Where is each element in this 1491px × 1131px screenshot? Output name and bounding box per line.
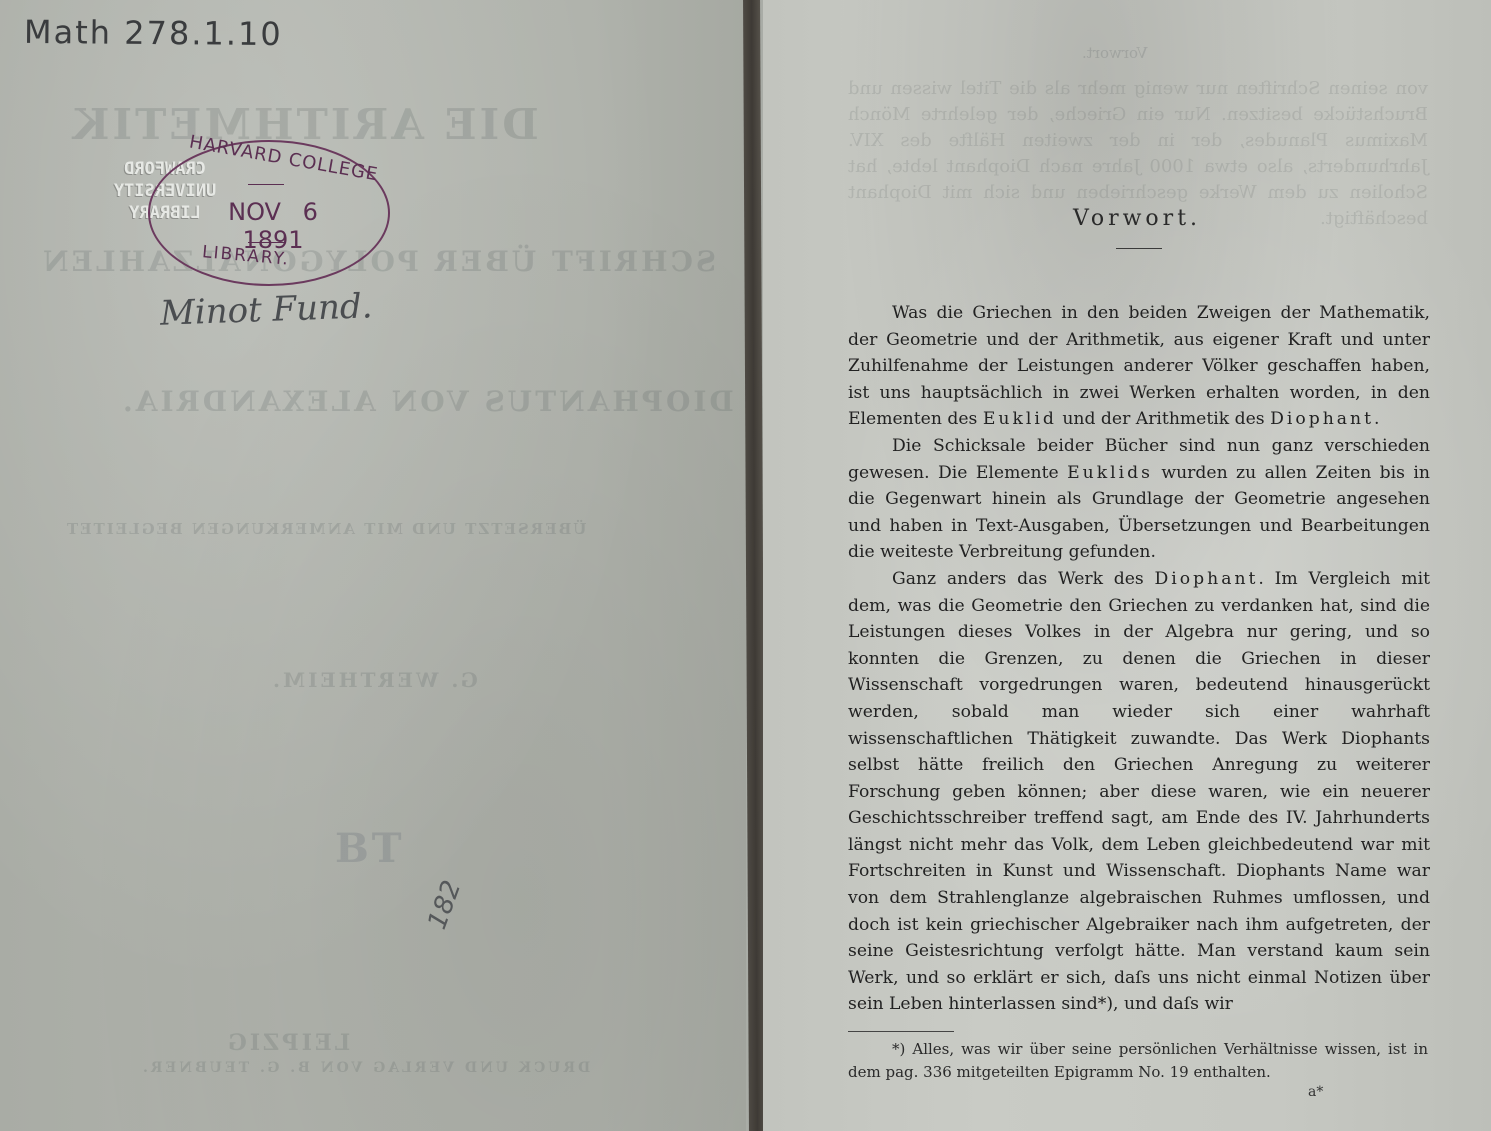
footnote-text: *) Alles, was wir über seine persönliche… <box>848 1038 1428 1084</box>
library-stamp: HARVARD COLLEGE NOV 6 1891 LIBRARY. <box>148 140 390 286</box>
paragraph: Was die Griechen in den beiden Zweigen d… <box>848 300 1430 433</box>
show-through-translator: G. WERTHEIM. <box>270 668 478 692</box>
stamp-rule <box>248 242 284 243</box>
page-heading: Vorwort. <box>763 206 1491 231</box>
pencil-number: 182 <box>422 877 467 934</box>
stamp-rule <box>248 184 284 185</box>
show-through-title: DIE ARITHMETIK <box>70 100 539 149</box>
preface-body: Was die Griechen in den beiden Zweigen d… <box>848 300 1430 1018</box>
paragraph: Ganz anders das Werk des Diophant. Im Ve… <box>848 566 1430 1018</box>
call-number: Math 278.1.10 <box>24 13 283 53</box>
show-through-author: DIOPHANTUS VON ALEXANDRIA. <box>120 385 734 418</box>
handwritten-note: Minot Fund. <box>159 286 373 333</box>
paragraph: Die Schicksale beider Bücher sind nun ga… <box>848 433 1430 566</box>
footnote-rule <box>848 1031 954 1032</box>
publisher-logo-icon: BT <box>335 825 405 872</box>
heading-rule <box>1116 248 1162 249</box>
show-through-running-head: Vorwort. <box>1082 44 1148 62</box>
show-through-city: LEIPZIG <box>225 1030 350 1056</box>
left-page-flyleaf: DIE ARITHMETIK SCHRIFT ÜBER POLYGONALZAH… <box>0 0 746 1131</box>
show-through-subtitle: SCHRIFT ÜBER POLYGONALZAHLEN <box>40 245 716 278</box>
footnote: *) Alles, was wir über seine persönliche… <box>848 1038 1428 1084</box>
show-through-translator-line: ÜBERSETZT UND MIT ANMERKUNGEN BEGLEITET <box>65 520 586 538</box>
signature-mark: a* <box>1308 1084 1323 1100</box>
show-through-publisher: DRUCK UND VERLAG VON B. G. TEUBNER. <box>140 1060 590 1076</box>
